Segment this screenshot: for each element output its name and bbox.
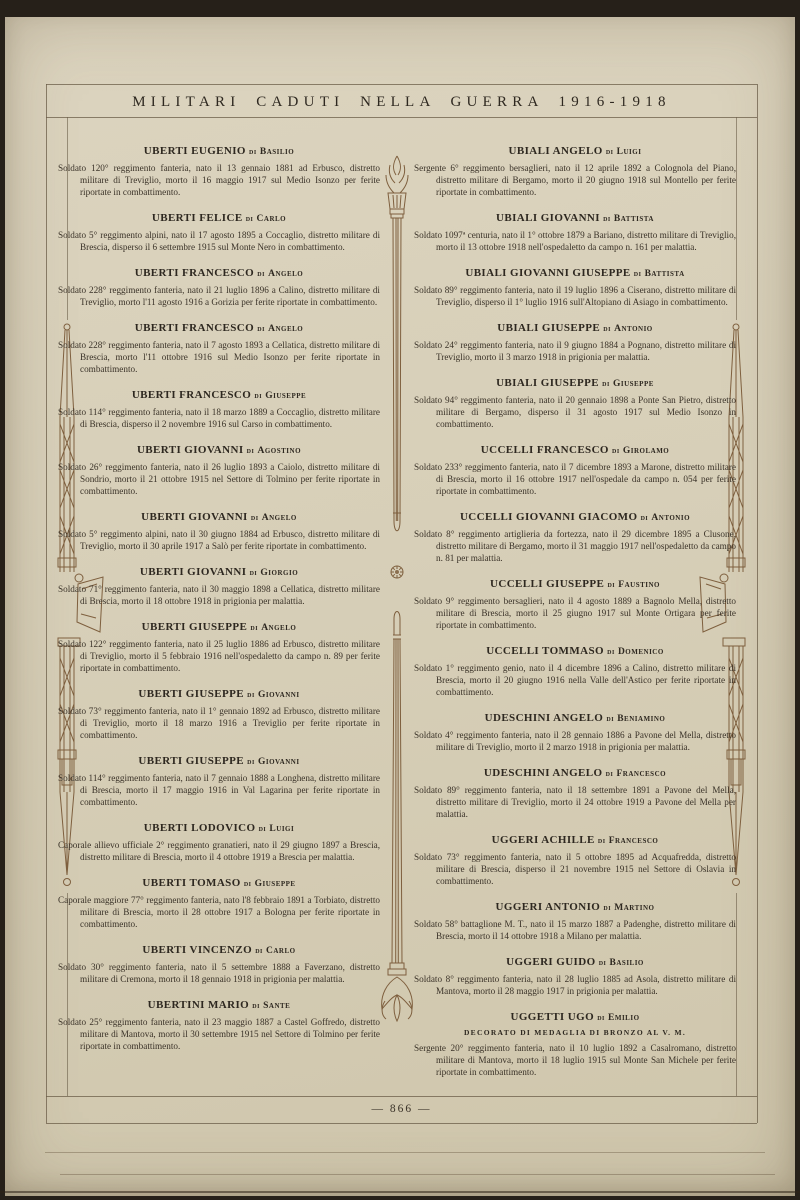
entry-text: Soldato 73° reggimento fanteria, nato il…: [414, 851, 736, 887]
memorial-entry: UBIALI ANGELO di LuigiSergente 6° reggim…: [414, 145, 736, 198]
memorial-entry: UGGETTI UGO di EmilioDECORATO DI MEDAGLI…: [414, 1011, 736, 1078]
father-name: Francesco: [616, 769, 666, 779]
father-name: Faustino: [618, 580, 660, 590]
entry-text: Caporale allievo ufficiale 2° reggimento…: [58, 839, 380, 863]
di-particle: di: [259, 824, 267, 833]
entry-heading: UBERTI GIOVANNI di Agostino: [58, 444, 380, 456]
entry-heading: UBERTI FRANCESCO di Giuseppe: [58, 389, 380, 401]
di-particle: di: [250, 623, 258, 632]
entry-text: Soldato 122° reggimento fanteria, nato i…: [58, 638, 380, 674]
soldier-name: UBERTI GIUSEPPE: [138, 688, 244, 700]
entry-text: Soldato 114° reggimento fanteria, nato i…: [58, 406, 380, 430]
memorial-entry: UGGERI ANTONIO di MartinoSoldato 58° bat…: [414, 901, 736, 942]
soldier-name: UDESCHINI ANGELO: [485, 712, 604, 724]
memorial-entry: UCCELLI GIUSEPPE di FaustinoSoldato 9° r…: [414, 578, 736, 631]
entry-heading: UBERTI FELICE di Carlo: [58, 212, 380, 224]
soldier-name: UBERTI VINCENZO: [142, 944, 252, 956]
memorial-entry: UCCELLI FRANCESCO di GirolamoSoldato 233…: [414, 444, 736, 497]
paper-page: MILITARI CADUTI NELLA GUERRA 1916-1918: [5, 17, 795, 1196]
father-name: Angelo: [268, 269, 303, 279]
entry-text: Soldato 4° reggimento fanteria, nato il …: [414, 729, 736, 753]
memorial-entry: UBIALI GIUSEPPE di GiuseppeSoldato 94° r…: [414, 377, 736, 430]
soldier-name: UBERTI LODOVICO: [144, 822, 256, 834]
father-name: Luigi: [269, 824, 294, 834]
entry-heading: UCCELLI FRANCESCO di Girolamo: [414, 444, 736, 456]
soldier-name: UGGETTI UGO: [510, 1011, 594, 1023]
father-name: Francesco: [609, 836, 659, 846]
entry-heading: UBERTI EUGENIO di Basilio: [58, 145, 380, 157]
soldier-name: UBIALI ANGELO: [509, 145, 603, 157]
father-name: Giuseppe: [613, 379, 654, 389]
entry-text: Soldato 71° reggimento fanteria, nato il…: [58, 583, 380, 607]
soldier-name: UCCELLI TOMMASO: [486, 645, 604, 657]
entry-heading: UDESCHINI ANGELO di Francesco: [414, 767, 736, 779]
memorial-entry: UCCELLI GIOVANNI GIACOMO di AntonioSolda…: [414, 511, 736, 564]
margin-stem-line: [736, 117, 737, 320]
memorial-entry: UBERTI FRANCESCO di AngeloSoldato 228° r…: [58, 267, 380, 308]
page-edge-shadow: [0, 1191, 800, 1193]
entry-text: Soldato 89° reggimento fanteria, nato il…: [414, 284, 736, 308]
father-name: Carlo: [266, 946, 296, 956]
soldier-name: UBERTI TOMASO: [142, 877, 240, 889]
memorial-entry: UBERTINI MARIO di SanteSoldato 25° reggi…: [58, 999, 380, 1052]
entry-heading: UBIALI GIUSEPPE di Antonio: [414, 322, 736, 334]
di-particle: di: [244, 879, 252, 888]
memorial-entry: UBERTI GIUSEPPE di AngeloSoldato 122° re…: [58, 621, 380, 674]
soldier-name: UBIALI GIOVANNI GIUSEPPE: [465, 267, 630, 279]
scanned-book-page: { "page": { "title": "MILITARI CADUTI NE…: [0, 0, 800, 1200]
page-edge-shadow: [45, 1152, 765, 1153]
entry-text: Soldato 1097ª centuria, nato il 1° ottob…: [414, 229, 736, 253]
di-particle: di: [607, 580, 615, 589]
soldier-name: UBERTINI MARIO: [148, 999, 249, 1011]
memorial-entry: UBIALI GIOVANNI di BattistaSoldato 1097ª…: [414, 212, 736, 253]
memorial-entry: UGGERI ACHILLE di FrancescoSoldato 73° r…: [414, 834, 736, 887]
father-name: Basilio: [260, 147, 294, 157]
di-particle: di: [603, 903, 611, 912]
soldier-name: UGGERI GUIDO: [506, 956, 595, 968]
di-particle: di: [606, 769, 614, 778]
entry-text: Soldato 8° reggimento fanteria, nato il …: [414, 973, 736, 997]
father-name: Angelo: [262, 513, 297, 523]
memorial-entry: UBERTI VINCENZO di CarloSoldato 30° regg…: [58, 944, 380, 985]
entry-text: Soldato 24° reggimento fanteria, nato il…: [414, 339, 736, 363]
entry-heading: UBIALI GIUSEPPE di Giuseppe: [414, 377, 736, 389]
soldier-name: UGGERI ANTONIO: [496, 901, 601, 913]
soldier-name: UBERTI GIUSEPPE: [138, 755, 244, 767]
entry-heading: UBERTI GIUSEPPE di Giovanni: [58, 755, 380, 767]
father-name: Basilio: [610, 958, 644, 968]
di-particle: di: [254, 391, 262, 400]
entry-heading: UBERTI FRANCESCO di Angelo: [58, 322, 380, 334]
soldier-name: UCCELLI GIOVANNI GIACOMO: [460, 511, 637, 523]
di-particle: di: [249, 147, 257, 156]
frame-rule-top-outer: [46, 84, 757, 85]
father-name: Battista: [614, 214, 654, 224]
entry-heading: UCCELLI GIUSEPPE di Faustino: [414, 578, 736, 590]
father-name: Agostino: [258, 446, 302, 456]
entry-text: Soldato 94° reggimento fanteria, nato il…: [414, 394, 736, 430]
father-name: Angelo: [268, 324, 303, 334]
di-particle: di: [599, 958, 607, 967]
father-name: Sante: [263, 1001, 290, 1011]
entry-heading: UBERTI FRANCESCO di Angelo: [58, 267, 380, 279]
father-name: Giuseppe: [265, 391, 306, 401]
entry-heading: UBERTI TOMASO di Giuseppe: [58, 877, 380, 889]
entry-text: Soldato 228° reggimento fanteria, nato i…: [58, 284, 380, 308]
page-edge-shadow: [60, 1174, 775, 1175]
entry-text: Sergente 20° reggimento fanteria, nato i…: [414, 1042, 736, 1078]
father-name: Domenico: [618, 647, 664, 657]
entry-text: Soldato 114° reggimento fanteria, nato i…: [58, 772, 380, 808]
soldier-name: UBIALI GIUSEPPE: [497, 322, 600, 334]
father-name: Giuseppe: [255, 879, 296, 889]
entry-heading: UBERTI LODOVICO di Luigi: [58, 822, 380, 834]
soldier-name: UBIALI GIUSEPPE: [496, 377, 599, 389]
margin-stem-line: [736, 893, 737, 1096]
memorial-entry: UBIALI GIUSEPPE di AntonioSoldato 24° re…: [414, 322, 736, 363]
entry-text: Soldato 1° reggimento genio, nato il 4 d…: [414, 662, 736, 698]
soldier-name: UBERTI GIOVANNI: [140, 566, 247, 578]
entry-text: Soldato 120° reggimento fanteria, nato i…: [58, 162, 380, 198]
memorial-entry: UBERTI GIOVANNI di GiorgioSoldato 71° re…: [58, 566, 380, 607]
entry-text: Caporale maggiore 77° reggimento fanteri…: [58, 894, 380, 930]
di-particle: di: [247, 690, 255, 699]
entry-text: Soldato 30° reggimento fanteria, nato il…: [58, 961, 380, 985]
entry-text: Soldato 9° reggimento bersaglieri, nato …: [414, 595, 736, 631]
father-name: Girolamo: [623, 446, 669, 456]
memorial-column-left: UBERTI EUGENIO di BasilioSoldato 120° re…: [58, 145, 380, 1066]
soldier-name: UGGERI ACHILLE: [492, 834, 595, 846]
di-particle: di: [634, 269, 642, 278]
frame-rule-right: [757, 84, 758, 1123]
soldier-name: UBIALI GIOVANNI: [496, 212, 600, 224]
di-particle: di: [257, 324, 265, 333]
page-number: — 866 —: [46, 1096, 757, 1123]
father-name: Martino: [614, 903, 654, 913]
di-particle: di: [257, 269, 265, 278]
entry-heading: UCCELLI GIOVANNI GIACOMO di Antonio: [414, 511, 736, 523]
di-particle: di: [606, 714, 614, 723]
di-particle: di: [607, 647, 615, 656]
father-name: Antonio: [614, 324, 653, 334]
entry-heading: UBERTI GIOVANNI di Angelo: [58, 511, 380, 523]
entry-text: Soldato 228° reggimento fanteria, nato i…: [58, 339, 380, 375]
entry-heading: UBIALI GIOVANNI di Battista: [414, 212, 736, 224]
memorial-entry: UBERTI GIUSEPPE di GiovanniSoldato 73° r…: [58, 688, 380, 741]
page-title: MILITARI CADUTI NELLA GUERRA 1916-1918: [46, 87, 757, 117]
entry-text: Soldato 233° reggimento fanteria, nato i…: [414, 461, 736, 497]
entry-heading: UGGERI ANTONIO di Martino: [414, 901, 736, 913]
father-name: Giorgio: [260, 568, 298, 578]
di-particle: di: [251, 513, 259, 522]
di-particle: di: [597, 1013, 605, 1022]
entry-text: Sergente 6° reggimento bersaglieri, nato…: [414, 162, 736, 198]
memorial-entry: UBERTI GIOVANNI di AngeloSoldato 5° regg…: [58, 511, 380, 552]
father-name: Antonio: [651, 513, 690, 523]
father-name: Giovanni: [258, 757, 300, 767]
entry-text: Soldato 58° battaglione M. T., nato il 1…: [414, 918, 736, 942]
memorial-entry: UBERTI FRANCESCO di AngeloSoldato 228° r…: [58, 322, 380, 375]
memorial-entry: UGGERI GUIDO di BasilioSoldato 8° reggim…: [414, 956, 736, 997]
di-particle: di: [252, 1001, 260, 1010]
di-particle: di: [255, 946, 263, 955]
soldier-name: UBERTI GIUSEPPE: [142, 621, 248, 633]
di-particle: di: [603, 214, 611, 223]
di-particle: di: [612, 446, 620, 455]
soldier-name: UCCELLI GIUSEPPE: [490, 578, 604, 590]
father-name: Beniamino: [617, 714, 665, 724]
rosette-ornament: [390, 565, 404, 579]
di-particle: di: [606, 147, 614, 156]
entry-heading: UBIALI GIOVANNI GIUSEPPE di Battista: [414, 267, 736, 279]
father-name: Emilio: [608, 1013, 640, 1023]
soldier-name: UBERTI FRANCESCO: [132, 389, 251, 401]
di-particle: di: [247, 446, 255, 455]
entry-text: Soldato 5° reggimento alpini, nato il 30…: [58, 528, 380, 552]
memorial-entry: UBERTI GIOVANNI di AgostinoSoldato 26° r…: [58, 444, 380, 497]
entry-text: Soldato 73° reggimento fanteria, nato il…: [58, 705, 380, 741]
entry-heading: UDESCHINI ANGELO di Beniamino: [414, 712, 736, 724]
soldier-name: UBERTI GIOVANNI: [137, 444, 244, 456]
column-acanthus-ornament: [377, 605, 417, 1030]
entry-text: Soldato 89° reggimento fanteria, nato il…: [414, 784, 736, 820]
di-particle: di: [603, 324, 611, 333]
soldier-name: UBERTI FRANCESCO: [135, 267, 254, 279]
entry-heading: UBERTINI MARIO di Sante: [58, 999, 380, 1011]
entry-text: Soldato 25° reggimento fanteria, nato il…: [58, 1016, 380, 1052]
entry-heading: UBERTI GIUSEPPE di Angelo: [58, 621, 380, 633]
decoration-line: DECORATO DI MEDAGLIA DI BRONZO AL V. M.: [414, 1028, 736, 1037]
memorial-entry: UBERTI FRANCESCO di GiuseppeSoldato 114°…: [58, 389, 380, 430]
soldier-name: UBERTI FELICE: [152, 212, 243, 224]
memorial-column-right: UBIALI ANGELO di LuigiSergente 6° reggim…: [414, 145, 736, 1092]
entry-heading: UBERTI VINCENZO di Carlo: [58, 944, 380, 956]
memorial-entry: UDESCHINI ANGELO di FrancescoSoldato 89°…: [414, 767, 736, 820]
memorial-entry: UBIALI GIOVANNI GIUSEPPE di BattistaSold…: [414, 267, 736, 308]
memorial-entry: UDESCHINI ANGELO di BeniaminoSoldato 4° …: [414, 712, 736, 753]
torch-column-ornament: [382, 153, 412, 553]
soldier-name: UBERTI FRANCESCO: [135, 322, 254, 334]
frame-rule-bottom-outer: [46, 1123, 757, 1124]
frame-rule-top-inner: [46, 117, 757, 118]
soldier-name: UBERTI GIOVANNI: [141, 511, 248, 523]
soldier-name: UDESCHINI ANGELO: [484, 767, 603, 779]
entry-heading: UGGERI ACHILLE di Francesco: [414, 834, 736, 846]
entry-heading: UBERTI GIOVANNI di Giorgio: [58, 566, 380, 578]
father-name: Angelo: [261, 623, 296, 633]
entry-heading: UGGETTI UGO di Emilio: [414, 1011, 736, 1023]
entry-text: Soldato 26° reggimento fanteria, nato il…: [58, 461, 380, 497]
memorial-entry: UBERTI LODOVICO di LuigiCaporale allievo…: [58, 822, 380, 863]
memorial-entry: UCCELLI TOMMASO di DomenicoSoldato 1° re…: [414, 645, 736, 698]
di-particle: di: [598, 836, 606, 845]
soldier-name: UBERTI EUGENIO: [144, 145, 246, 157]
entry-heading: UCCELLI TOMMASO di Domenico: [414, 645, 736, 657]
father-name: Carlo: [257, 214, 287, 224]
memorial-entry: UBERTI TOMASO di GiuseppeCaporale maggio…: [58, 877, 380, 930]
di-particle: di: [641, 513, 649, 522]
memorial-entry: UBERTI FELICE di CarloSoldato 5° reggime…: [58, 212, 380, 253]
di-particle: di: [602, 379, 610, 388]
entry-heading: UGGERI GUIDO di Basilio: [414, 956, 736, 968]
di-particle: di: [247, 757, 255, 766]
memorial-entry: UBERTI GIUSEPPE di GiovanniSoldato 114° …: [58, 755, 380, 808]
entry-heading: UBIALI ANGELO di Luigi: [414, 145, 736, 157]
father-name: Giovanni: [258, 690, 300, 700]
father-name: Luigi: [617, 147, 642, 157]
soldier-name: UCCELLI FRANCESCO: [481, 444, 609, 456]
di-particle: di: [250, 568, 258, 577]
memorial-entry: UBERTI EUGENIO di BasilioSoldato 120° re…: [58, 145, 380, 198]
entry-text: Soldato 5° reggimento alpini, nato il 17…: [58, 229, 380, 253]
entry-heading: UBERTI GIUSEPPE di Giovanni: [58, 688, 380, 700]
frame-rule-left: [46, 84, 47, 1123]
entry-text: Soldato 8° reggimento artiglieria da for…: [414, 528, 736, 564]
father-name: Battista: [645, 269, 685, 279]
di-particle: di: [246, 214, 254, 223]
